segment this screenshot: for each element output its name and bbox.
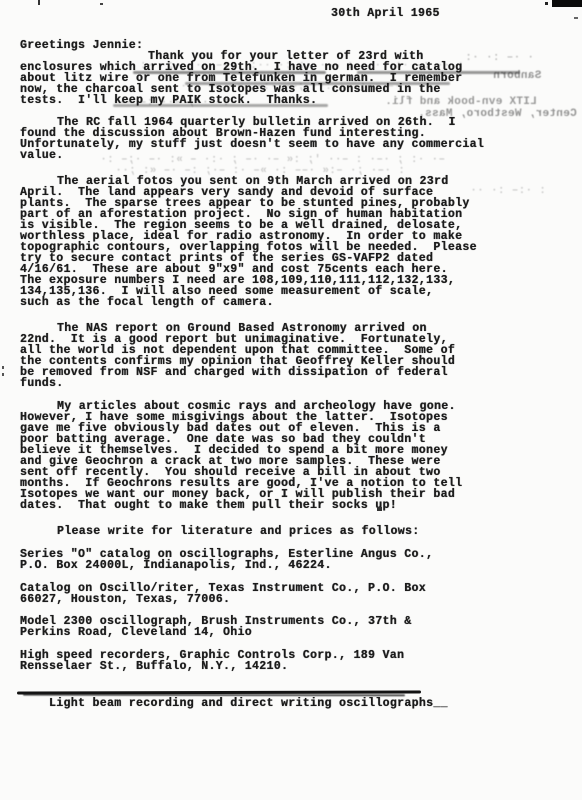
letter-line: such as the focal length of camera.	[20, 297, 574, 308]
letter-line: be removed from NSF and charged with dis…	[20, 367, 574, 378]
ink-mark	[2, 366, 4, 369]
letter-date: 30th April 1965	[331, 8, 440, 19]
ink-smear	[185, 82, 450, 85]
ink-mark	[545, 2, 548, 5]
ink-mark	[377, 507, 382, 511]
letter-line: dates. That ought to make them pull thei…	[20, 500, 574, 511]
letter-line: Rensselaer St., Buffalo, N.Y., 14210.	[20, 661, 574, 672]
ink-smear	[113, 104, 328, 107]
address-graphic-controls: High speed recorders, Graphic Controls C…	[20, 650, 574, 672]
paragraph-nas-report: The NAS report on Ground Based Astronomy…	[20, 323, 574, 389]
bleedthrough-text: Center, Westboro, Mass.	[418, 109, 577, 120]
ink-mark	[38, 0, 40, 5]
address-brush-instruments: Model 2300 oscillograph, Brush Instrumen…	[20, 616, 574, 638]
letter-page: 30th April 1965 Greetings Jennie: Thank …	[0, 0, 582, 800]
strikeout-line: Light beam recording and direct writing …	[20, 687, 448, 731]
address-esterline-angus: Series "O" catalog on oscillographs, Est…	[20, 549, 574, 571]
address-texas-instrument: Catalog on Oscillo/riter, Texas Instrume…	[20, 583, 574, 605]
strikeout-tail: __	[433, 697, 448, 710]
ink-smear	[133, 71, 326, 74]
letter-line: P.O. Box 24000L, Indianapolis, Ind., 462…	[20, 560, 574, 571]
bleedthrough-text: LITX evn-book and fli.	[385, 97, 537, 108]
letter-line: funds.	[20, 378, 574, 389]
letter-line: 66027, Houston, Texas, 77006.	[20, 594, 574, 605]
ink-mark	[2, 373, 4, 376]
ink-smear	[357, 71, 520, 74]
bleedthrough-text: : ·:– :· ··	[470, 186, 546, 197]
ink-mark	[552, 0, 582, 7]
letter-line: Please write for literature and prices a…	[20, 526, 574, 537]
paragraph-articles-dates: My articles about cosmic rays and archeo…	[20, 401, 574, 511]
bleedthrough-text: · ·– :· ·:	[465, 53, 534, 64]
ink-mark	[100, 3, 103, 5]
letter-line: Unfortunately, my stuff just doesn't see…	[20, 139, 574, 150]
bleedthrough-text: : ·–· ;· –:« ·–– :· »– ·: –·; :– ·– «: ;…	[115, 166, 405, 177]
strikeout-text: Light beam recording and direct writing …	[49, 697, 433, 710]
paragraph-request: Please write for literature and prices a…	[20, 526, 574, 537]
ink-mark	[574, 17, 578, 19]
letter-line: Perkins Road, Cleveland 14, Ohio	[20, 627, 574, 638]
letter-salutation: Greetings Jennie:	[20, 40, 143, 51]
